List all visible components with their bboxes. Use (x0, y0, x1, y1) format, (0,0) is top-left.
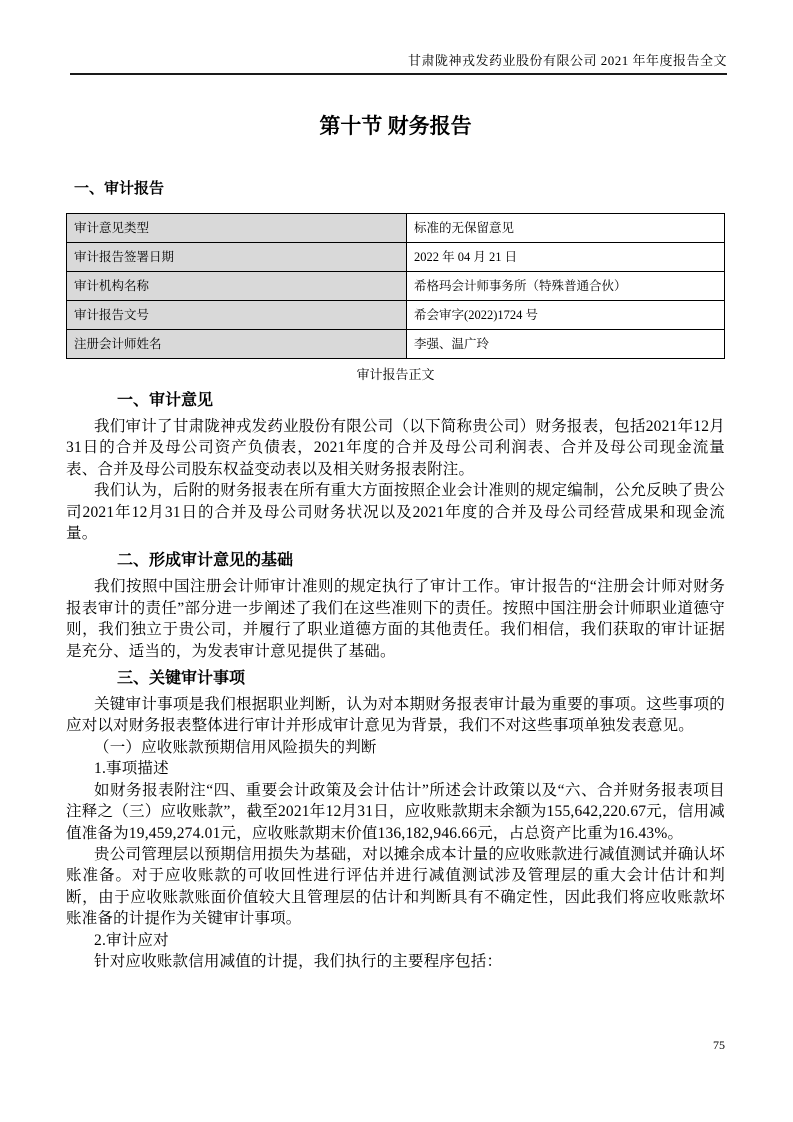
document-page: 甘肃陇神戎发药业股份有限公司 2021 年年度报告全文 第十节 财务报告 一、审… (0, 0, 793, 1122)
table-cell-value: 2022 年 04 月 21 日 (407, 243, 725, 272)
table-cell-label: 审计机构名称 (67, 272, 407, 301)
header-title-text: 甘肃陇神戎发药业股份有限公司 2021 年年度报告全文 (408, 53, 727, 68)
page-title: 第十节 财务报告 (66, 111, 725, 141)
table-cell-label: 审计意见类型 (67, 214, 407, 243)
table-row: 审计机构名称 希格玛会计师事务所（特殊普通合伙） (67, 272, 725, 301)
paragraph: 针对应收账款信用减值的计提，我们执行的主要程序包括： (66, 951, 725, 972)
table-cell-value: 希格玛会计师事务所（特殊普通合伙） (407, 272, 725, 301)
audit-summary-table: 审计意见类型 标准的无保留意见 审计报告签署日期 2022 年 04 月 21 … (66, 213, 725, 359)
subitem-title: （一）应收账款预期信用风险损失的判断 (66, 737, 725, 758)
paragraph: 关键审计事项是我们根据职业判断，认为对本期财务报表审计最为重要的事项。这些事项的… (66, 694, 725, 737)
table-cell-label: 审计报告文号 (67, 301, 407, 330)
table-cell-value: 李强、温广玲 (407, 330, 725, 359)
page-content: 第十节 财务报告 一、审计报告 审计意见类型 标准的无保留意见 审计报告签署日期… (0, 111, 793, 972)
section-heading-audit-report: 一、审计报告 (74, 179, 725, 199)
table-cell-value: 标准的无保留意见 (407, 214, 725, 243)
report-body-subtitle: 审计报告正文 (66, 366, 725, 384)
page-number: 75 (713, 1038, 725, 1053)
paragraph: 我们认为，后附的财务报表在所有重大方面按照企业会计准则的规定编制，公允反映了贵公… (66, 480, 725, 544)
paragraph: 我们审计了甘肃陇神戎发药业股份有限公司（以下简称贵公司）财务报表，包括2021年… (66, 416, 725, 480)
heading-key-audit-matters: 三、关键审计事项 (117, 667, 725, 691)
heading-audit-opinion: 一、审计意见 (117, 389, 725, 413)
table-row: 审计意见类型 标准的无保留意见 (67, 214, 725, 243)
paragraph: 贵公司管理层以预期信用损失为基础，对以摊余成本计量的应收账款进行减值测试并确认坏… (66, 844, 725, 930)
subitem-title: 2.审计应对 (66, 930, 725, 951)
paragraph: 我们按照中国注册会计师审计准则的规定执行了审计工作。审计报告的“注册会计师对财务… (66, 576, 725, 662)
page-header: 甘肃陇神戎发药业股份有限公司 2021 年年度报告全文 (70, 0, 727, 75)
table-row: 注册会计师姓名 李强、温广玲 (67, 330, 725, 359)
table-row: 审计报告签署日期 2022 年 04 月 21 日 (67, 243, 725, 272)
heading-basis-for-opinion: 二、形成审计意见的基础 (117, 549, 725, 573)
paragraph: 如财务报表附注“四、重要会计政策及会计估计”所述会计政策以及“六、合并财务报表项… (66, 780, 725, 844)
table-row: 审计报告文号 希会审字(2022)1724 号 (67, 301, 725, 330)
table-cell-label: 审计报告签署日期 (67, 243, 407, 272)
table-cell-label: 注册会计师姓名 (67, 330, 407, 359)
subitem-title: 1.事项描述 (66, 758, 725, 779)
table-cell-value: 希会审字(2022)1724 号 (407, 301, 725, 330)
